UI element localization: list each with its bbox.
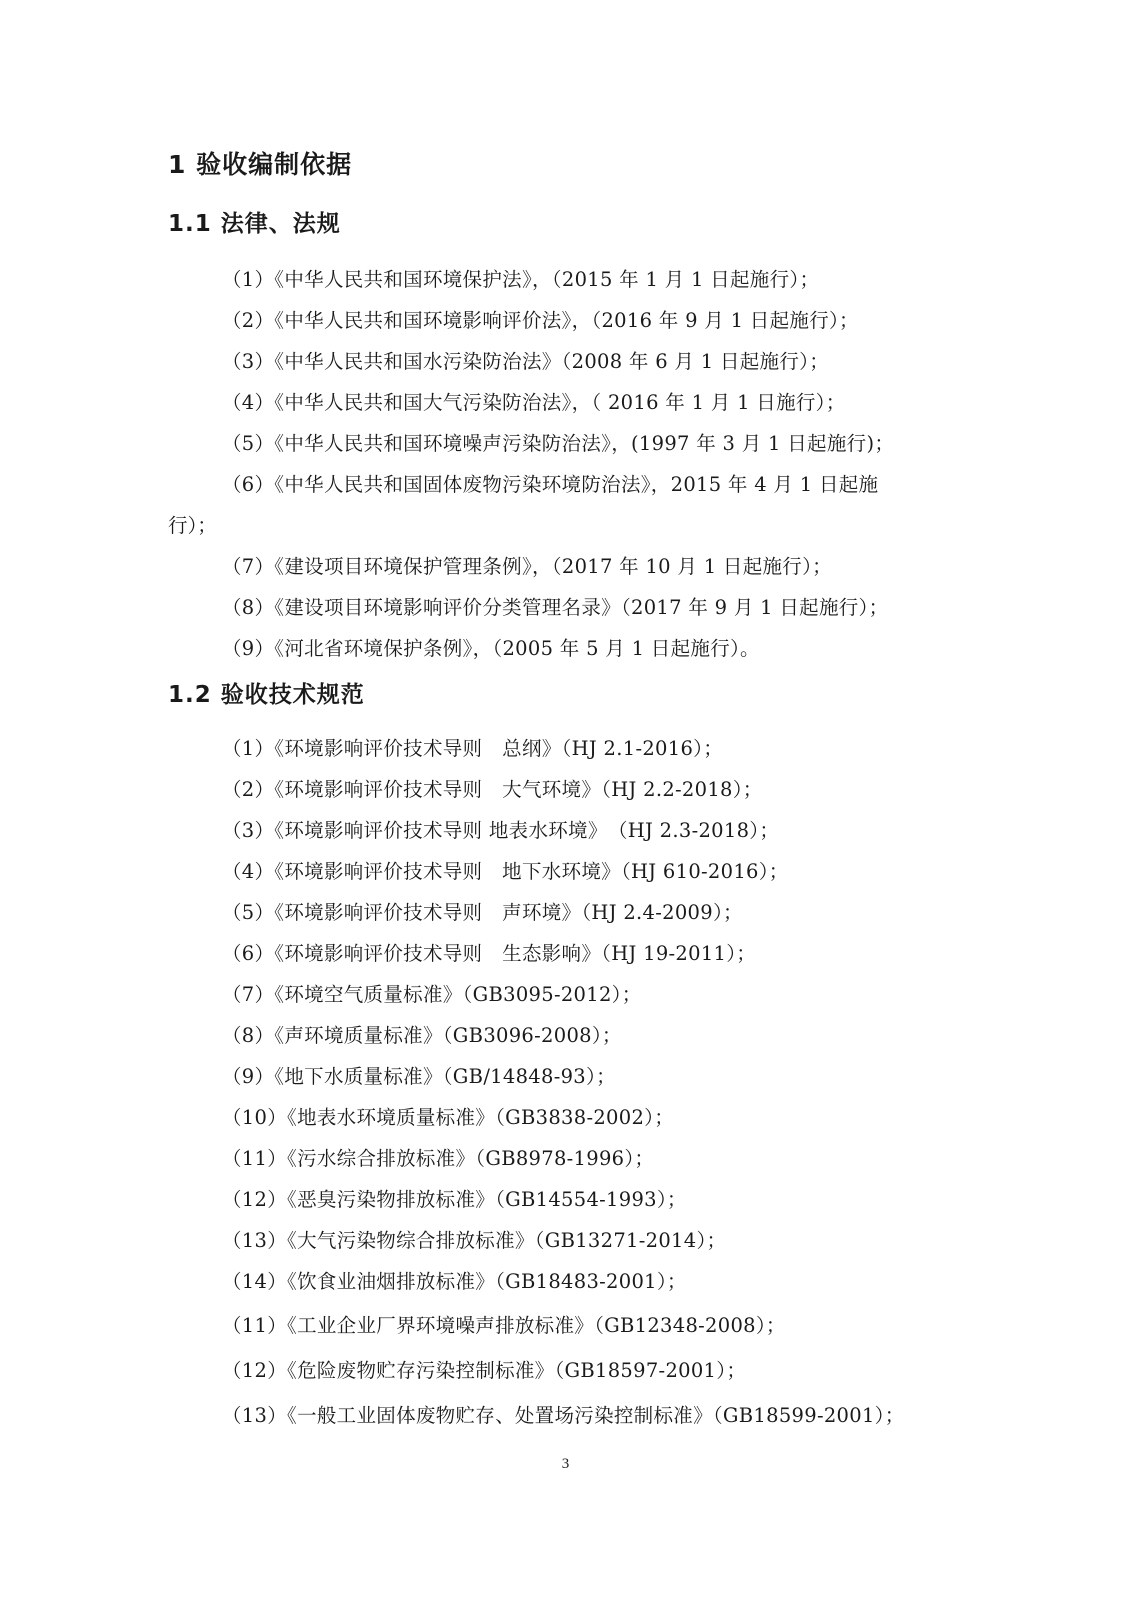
document-page: 1 验收编制依据 1.1 法律、法规 （1）《中华人民共和国环境保护法》，（20…	[0, 0, 1131, 1600]
law-item: （5）《中华人民共和国环境噪声污染防治法》，(1997 年 3 月 1 日起施行…	[222, 428, 894, 456]
standard-item: （14）《饮食业油烟排放标准》（GB18483-2001）；	[222, 1266, 687, 1294]
standard-item: （5）《环境影响评价技术导则 声环境》（HJ 2.4-2009）；	[222, 897, 743, 925]
standard-item: （8）《声环境质量标准》（GB3096-2008）；	[222, 1020, 622, 1048]
law-item: （8）《建设项目环境影响评价分类管理名录》（2017 年 9 月 1 日起施行）…	[222, 592, 888, 620]
standard-item: （6）《环境影响评价技术导则 生态影响》（HJ 19-2011）；	[222, 938, 756, 966]
law-item: （1）《中华人民共和国环境保护法》，（2015 年 1 月 1 日起施行）；	[222, 264, 819, 292]
standard-item: （13）《一般工业固体废物贮存、处置场污染控制标准》（GB18599-2001）…	[222, 1400, 905, 1428]
standard-item: （9）《地下水质量标准》（GB/14848-93）；	[222, 1061, 616, 1089]
law-item: （7）《建设项目环境保护管理条例》，（2017 年 10 月 1 日起施行）；	[222, 551, 832, 579]
standard-item: （11）《工业企业厂界环境噪声排放标准》（GB12348-2008）；	[222, 1310, 786, 1338]
heading-1: 1 验收编制依据	[168, 145, 352, 181]
page-number: 3	[0, 1456, 1131, 1473]
standard-item: （11）《污水综合排放标准》（GB8978-1996）；	[222, 1143, 654, 1171]
law-item-continuation: 行）；	[168, 510, 217, 538]
standard-item: （3）《环境影响评价技术导则 地表水环境》 （HJ 2.3-2018）；	[222, 815, 779, 843]
standard-item: （2）《环境影响评价技术导则 大气环境》（HJ 2.2-2018）；	[222, 774, 763, 802]
standard-item: （1）《环境影响评价技术导则 总纲》（HJ 2.1-2016）；	[222, 733, 723, 761]
standard-item: （10）《地表水环境质量标准》（GB3838-2002）；	[222, 1102, 674, 1130]
law-item: （6）《中华人民共和国固体废物污染环境防治法》，2015 年 4 月 1 日起施	[222, 469, 878, 497]
standard-item: （12）《危险废物贮存污染控制标准》（GB18597-2001）；	[222, 1355, 746, 1383]
standard-item: （7）《环境空气质量标准》（GB3095-2012）；	[222, 979, 642, 1007]
section-title-1-2: 1.2 验收技术规范	[168, 676, 365, 709]
section-title-1-1: 1.1 法律、法规	[168, 205, 341, 238]
law-item: （3）《中华人民共和国水污染防治法》（2008 年 6 月 1 日起施行）；	[222, 346, 829, 374]
law-item: （2）《中华人民共和国环境影响评价法》，（2016 年 9 月 1 日起施行）；	[222, 305, 859, 333]
law-item: （4）《中华人民共和国大气污染防治法》，（ 2016 年 1 月 1 日施行）；	[222, 387, 846, 415]
standard-item: （12）《恶臭污染物排放标准》（GB14554-1993）；	[222, 1184, 687, 1212]
law-item: （9）《河北省环境保护条例》，（2005 年 5 月 1 日起施行）。	[222, 633, 760, 661]
standard-item: （4）《环境影响评价技术导则 地下水环境》（HJ 610-2016）；	[222, 856, 789, 884]
standard-item: （13）《大气污染物综合排放标准》（GB13271-2014）；	[222, 1225, 726, 1253]
